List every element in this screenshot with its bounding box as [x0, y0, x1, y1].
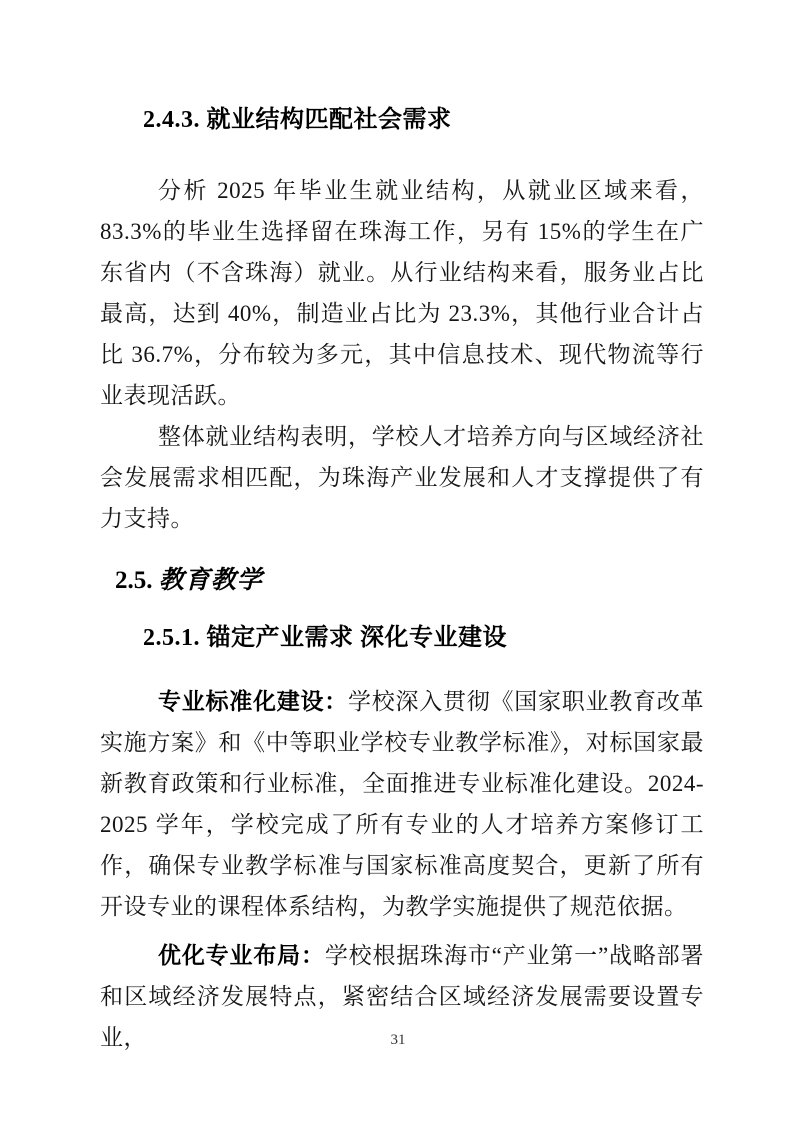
- paragraph-lead-standardization: 专业标准化建设：: [158, 689, 348, 714]
- section-heading-2-5-title: 教育教学: [159, 567, 263, 594]
- paragraph-employment-summary: 整体就业结构表明，学校人才培养方向与区域经济社会发展需求相匹配，为珠海产业发展和…: [100, 416, 704, 539]
- paragraph-text-standardization: 学校深入贯彻《国家职业教育改革实施方案》和《中等职业学校专业教学标准》，对标国家…: [100, 689, 704, 919]
- paragraph-lead-layout: 优化专业布局：: [158, 943, 325, 968]
- paragraph-employment-analysis: 分析 2025 年毕业生就业结构，从就业区域来看，83.3%的毕业生选择留在珠海…: [100, 170, 704, 416]
- section-heading-2-5-number: 2.5.: [115, 567, 153, 594]
- document-page: 2.4.3. 就业结构匹配社会需求 分析 2025 年毕业生就业结构，从就业区域…: [0, 0, 800, 1131]
- section-heading-2-4-3: 2.4.3. 就业结构匹配社会需求: [143, 105, 800, 135]
- section-heading-2-5: 2.5. 教育教学: [115, 566, 800, 596]
- paragraph-professional-standardization: 专业标准化建设：学校深入贯彻《国家职业教育改革实施方案》和《中等职业学校专业教学…: [100, 681, 704, 927]
- page-number: 31: [0, 1032, 796, 1049]
- section-heading-2-5-1: 2.5.1. 锚定产业需求 深化专业建设: [143, 623, 800, 653]
